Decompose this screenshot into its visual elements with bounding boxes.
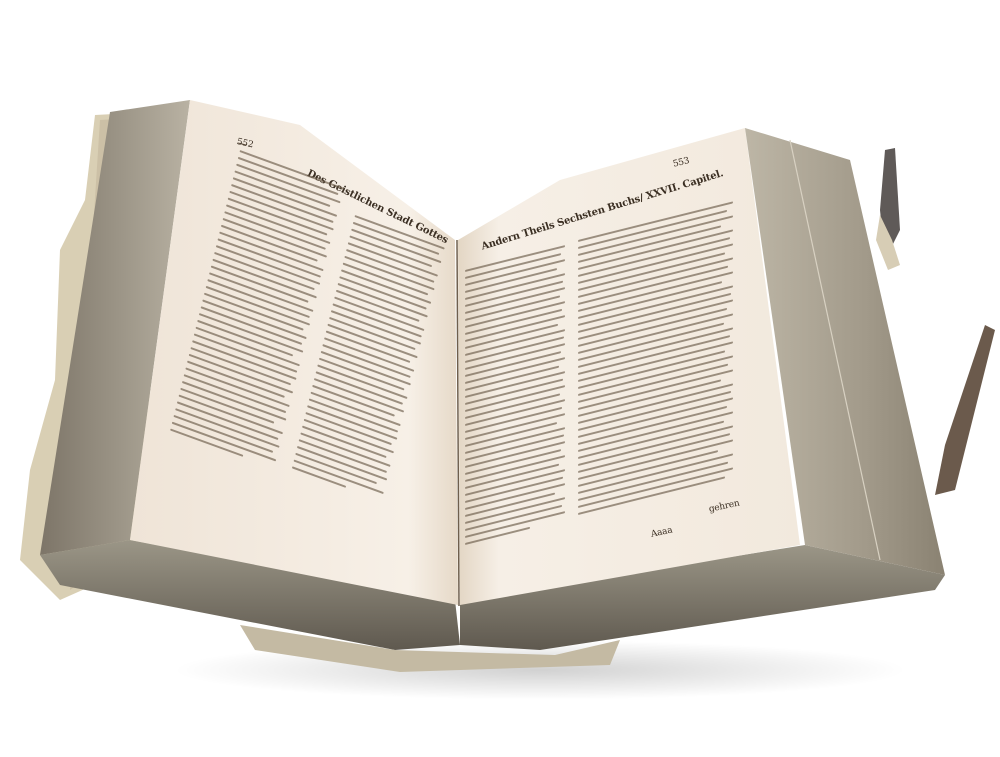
right-page-column-2 — [578, 201, 733, 520]
book-photo: 552 Des Geistlichen Stadt Gottes 553 And… — [0, 0, 1000, 757]
right-page-column-1 — [465, 245, 565, 550]
clasp-bottom-icon — [935, 325, 995, 495]
